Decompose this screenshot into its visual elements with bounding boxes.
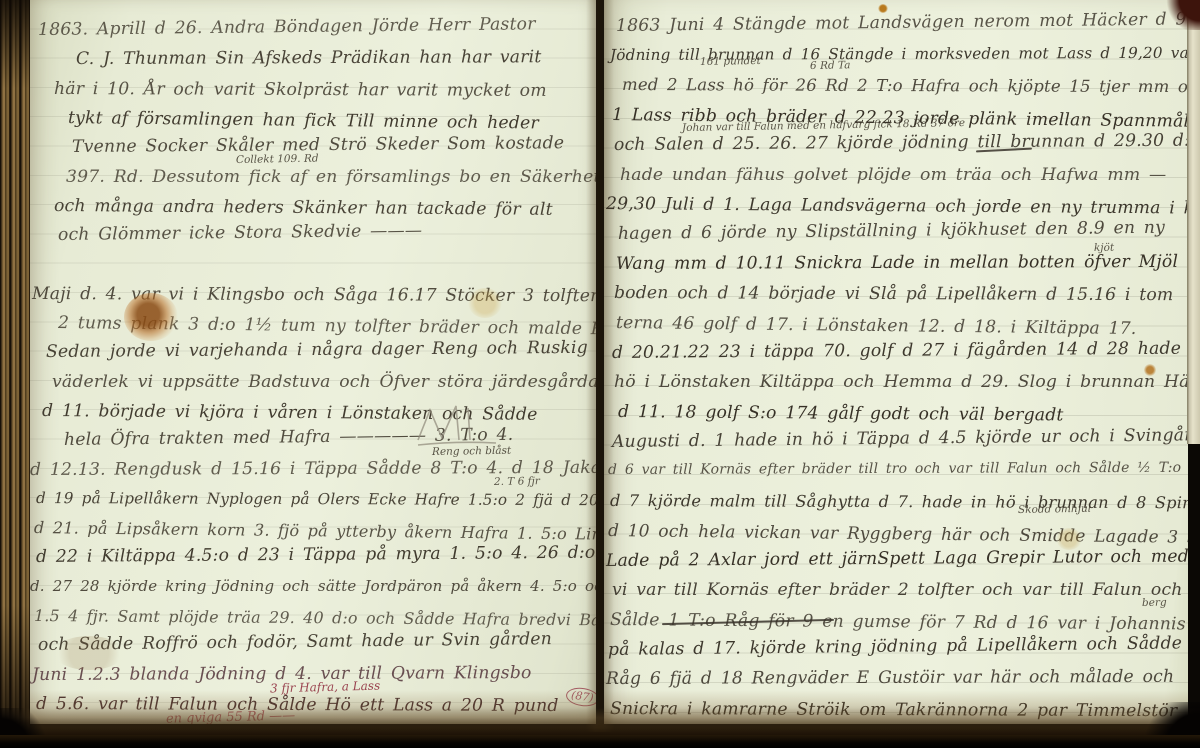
right-page: 1863 Juni 4 Stängde mot Landsvägen nerom… bbox=[604, 0, 1188, 724]
superscript-note-skodd: Skodd omhjul bbox=[1018, 503, 1091, 516]
manuscript-line: tykt af församlingen han fick Till minne… bbox=[68, 108, 539, 133]
superscript-note-sexrd: 6 Rd Ta bbox=[810, 59, 851, 72]
manuscript-line: 1863. Aprill d 26. Andra Böndagen Jörde … bbox=[38, 14, 536, 40]
table-background bbox=[0, 735, 1200, 748]
superscript-note-kjot: kjöt bbox=[1094, 242, 1114, 254]
manuscript-line: och många andra heders Skänker han tacka… bbox=[54, 196, 553, 220]
manuscript-line: C. J. Thunman Sin Afskeds Prädikan han h… bbox=[76, 48, 541, 70]
superscript-note-berg: berg bbox=[1142, 597, 1167, 609]
left-page-text: 1863. Aprill d 26. Andra Böndagen Jörde … bbox=[28, 0, 596, 724]
manuscript-line: och Salen d 25. 26. 27 kjörde jödning ti… bbox=[614, 130, 1188, 155]
left-page: 1863. Aprill d 26. Andra Böndagen Jörde … bbox=[28, 0, 596, 724]
page-edges-right bbox=[1187, 14, 1200, 444]
book-scan: 1863. Aprill d 26. Andra Böndagen Jörde … bbox=[0, 0, 1200, 748]
superscript-note-collekt: Collekt 109. Rd bbox=[236, 153, 319, 166]
manuscript-line: Råg 6 fjä d 18 Rengväder E Gustöir var h… bbox=[606, 667, 1174, 689]
manuscript-line: 29,30 Juli d 1. Laga Landsvägerna och jo… bbox=[606, 194, 1188, 219]
manuscript-line: d 21. på Lipsåkern korn 3. fjö på ytterb… bbox=[34, 518, 596, 544]
stacked-page-edges-left bbox=[0, 0, 30, 738]
manuscript-line: d 7 kjörde malm till Såghytta d 7. hade … bbox=[610, 491, 1188, 513]
manuscript-line: boden och d 14 började vi Slå på Lipellå… bbox=[614, 283, 1173, 305]
book-gutter bbox=[586, 0, 614, 732]
manuscript-line: d. 27 28 kjörde kring Jödning och sätte … bbox=[30, 577, 596, 595]
manuscript-line: d 6 var till Kornäs efter bräder till tr… bbox=[608, 459, 1188, 478]
paper-smudge bbox=[54, 636, 124, 670]
manuscript-line: terna 46 golf d 17. i Lönstaken 12. d 18… bbox=[616, 313, 1137, 339]
manuscript-line: Jödning till brunnan d 16 Stängde i mork… bbox=[610, 43, 1188, 64]
manuscript-line: 1863 Juni 4 Stängde mot Landsvägen nerom… bbox=[616, 8, 1188, 36]
manuscript-line: d 11. 18 golf S:o 174 gålf godt och väl … bbox=[618, 402, 1064, 425]
manuscript-line: 397. Rd. Dessutom fick af en församlings… bbox=[66, 167, 596, 187]
manuscript-line: d 20.21.22 23 i täppa 70. golf d 27 i fä… bbox=[612, 338, 1188, 363]
manuscript-line: hö i Lönstaken Kiltäppa och Hemma d 29. … bbox=[614, 372, 1188, 392]
superscript-note-pundet: 161 pundet bbox=[700, 55, 761, 68]
manuscript-line: här i 10. År och varit Skolpräst har var… bbox=[54, 79, 547, 101]
manuscript-line: Maji d. 4. var vi i Klingsbo och Såga 16… bbox=[32, 284, 596, 306]
manuscript-line: Sedan jorde vi varjehanda i några dager … bbox=[46, 338, 588, 362]
right-page-text: 1863 Juni 4 Stängde mot Landsvägen nerom… bbox=[604, 0, 1188, 724]
manuscript-line: d 19 på Lipellåkern Nyplogen på Olers Ec… bbox=[36, 489, 596, 509]
manuscript-line: med 2 Lass hö för 26 Rd 2 T:o Hafra och … bbox=[622, 75, 1188, 97]
pencil-sketch bbox=[416, 402, 500, 450]
book-bottom-edge bbox=[2, 708, 1200, 738]
superscript-note-tvafjr: 2. T 6 fjr bbox=[494, 475, 540, 488]
manuscript-line: vi var till Kornäs efter bräder 2 tolfte… bbox=[612, 580, 1183, 600]
red-ink-annotation-hafralass: 3 fjr Hafra, a Lass bbox=[270, 679, 380, 696]
manuscript-line: på kalas d 17. kjörde kring jödning på L… bbox=[608, 633, 1182, 660]
manuscript-line: hade undan fähus golvet plöjde om träa o… bbox=[620, 165, 1166, 185]
manuscript-line: 1.5 4 fjr. Samt plöjde träa 29. 40 d:o o… bbox=[34, 606, 596, 630]
manuscript-line: och Glömmer icke Stora Skedvie ——— bbox=[58, 221, 422, 245]
manuscript-line: Lade på 2 Axlar jord ett järnSpett Laga … bbox=[606, 546, 1188, 571]
manuscript-line: 2 tums plank 3 d:o 1½ tum ny tolfter brä… bbox=[58, 313, 596, 340]
manuscript-line: Augusti d. 1 hade in hö i Täppa d 4.5 kj… bbox=[612, 425, 1188, 452]
manuscript-line: hagen d 6 jörde ny Slipställning i kjökh… bbox=[618, 218, 1165, 244]
manuscript-line: d 22 i Kiltäppa 4.5:o d 23 i Täppa på my… bbox=[36, 543, 596, 567]
manuscript-line: Wang mm d 10.11 Snickra Lade in mellan b… bbox=[616, 251, 1178, 273]
manuscript-line: d 10 och hela vickan var Ryggberg här oc… bbox=[608, 521, 1188, 549]
manuscript-line: väderlek vi uppsätte Badstuva och Öfver … bbox=[52, 372, 596, 392]
